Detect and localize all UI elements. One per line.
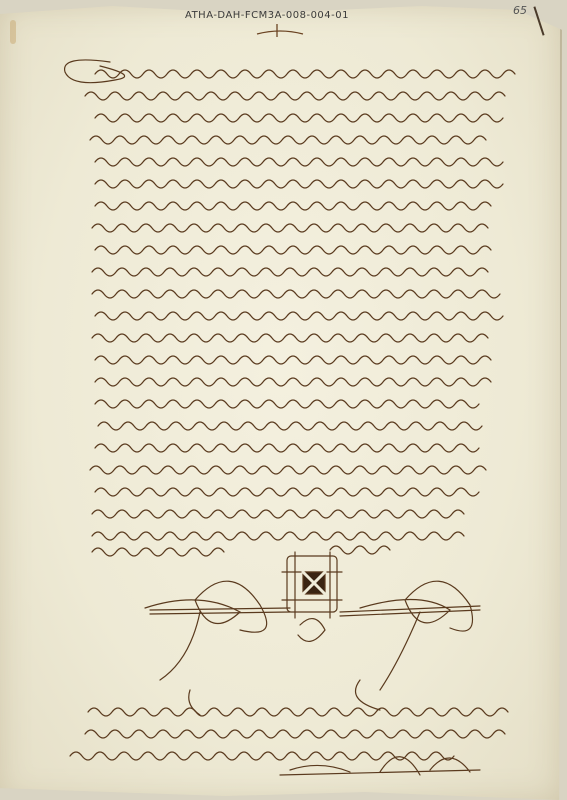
body-text-lines: [85, 70, 515, 556]
signature-rubrics: [145, 581, 480, 690]
notarial-sign: [282, 552, 342, 641]
footer-text-lines: [70, 680, 508, 775]
handwritten-body: [0, 0, 567, 800]
